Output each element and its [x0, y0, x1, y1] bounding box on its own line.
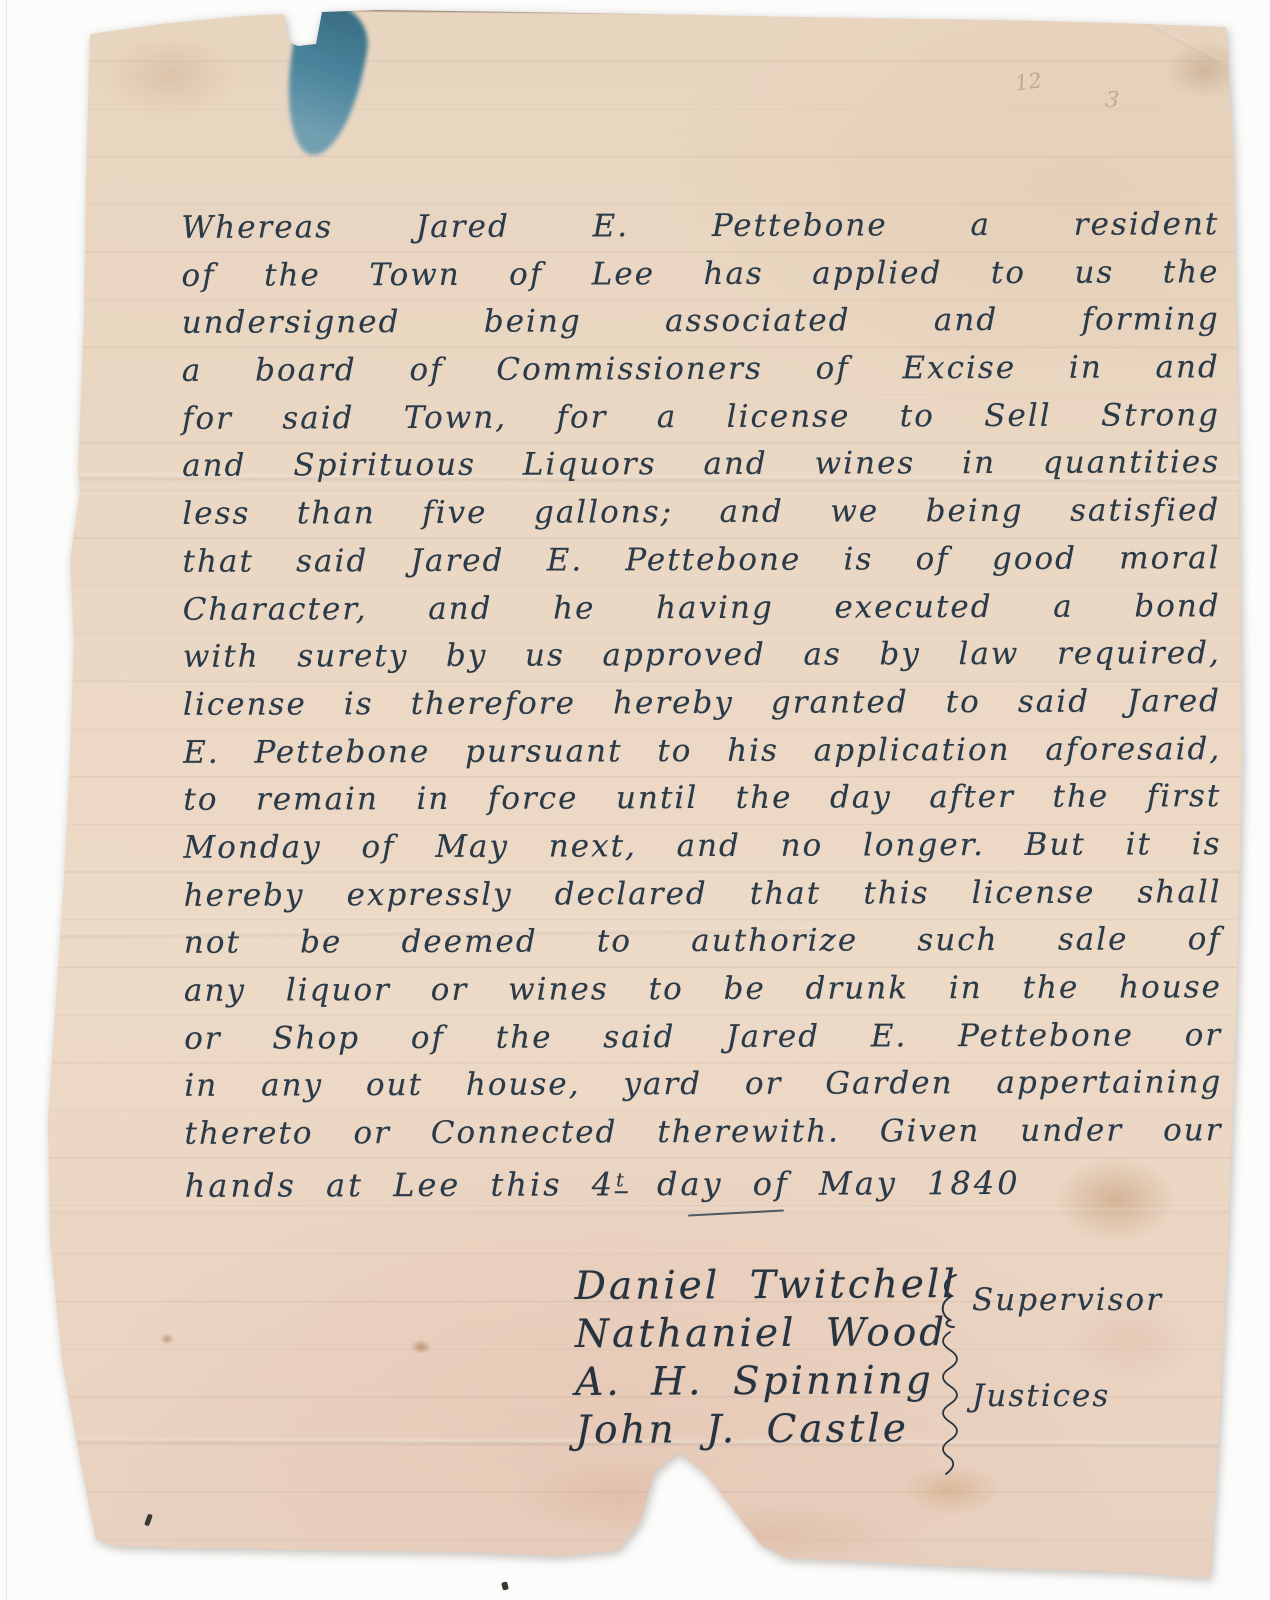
handwritten-line: and Spirituous Liquors and wines in quan… — [182, 440, 1220, 491]
handwritten-line: for said Town, for a license to Sell Str… — [182, 392, 1220, 443]
handwritten-line: not be deemed to authorize such sale of — [184, 916, 1222, 967]
pencil-notation: 12 — [1013, 68, 1043, 95]
fold-crease — [50, 1208, 1230, 1213]
role-label-supervisor: Supervisor — [972, 1282, 1163, 1318]
superscript-t: t — [615, 1169, 628, 1193]
stain — [560, 1490, 980, 1580]
handwritten-line: license is therefore hereby granted to s… — [183, 678, 1221, 729]
signature-john-j-castle: John J. Castle — [575, 1405, 958, 1455]
signature-nathaniel-wood: Nathaniel Wood — [575, 1309, 958, 1359]
handwritten-line: E. Pettebone pursuant to his application… — [183, 726, 1221, 777]
wavy-brace-icon — [934, 1330, 958, 1475]
handwritten-line: any liquor or wines to be drunk in the h… — [184, 964, 1222, 1015]
handwritten-line: to remain in force until the day after t… — [183, 773, 1221, 824]
stain-spot — [408, 1338, 434, 1356]
closing-suffix: day of May 1840 — [628, 1164, 1021, 1203]
handwritten-line: of the Town of Lee has applied to us the — [181, 249, 1219, 300]
handwritten-closing-line: hands at Lee this 4t day of May 1840 — [185, 1155, 1223, 1206]
handwritten-line: less than five gallons; and we being sat… — [182, 487, 1220, 538]
stain — [1150, 30, 1260, 110]
letter-body: Whereas Jared E. Pettebone a resident of… — [181, 201, 1222, 1206]
handwritten-line: that said Jared E. Pettebone is of good … — [182, 535, 1220, 586]
handwritten-line: Whereas Jared E. Pettebone a resident — [181, 201, 1219, 252]
handwritten-line: undersigned being associated and forming — [182, 297, 1220, 348]
handwritten-line: Character, and he having executed a bond — [183, 583, 1221, 634]
handwritten-line: with surety by us approved as by law req… — [183, 630, 1221, 681]
handwritten-line: in any out house, yard or Garden apperta… — [184, 1060, 1222, 1111]
stain — [80, 20, 260, 130]
handwritten-line: or Shop of the said Jared E. Pettebone o… — [184, 1012, 1222, 1063]
signature-daniel-twitchell: Daniel Twitchell — [575, 1261, 958, 1311]
brace-icon — [936, 1272, 962, 1330]
signature-a-h-spinning: A. H. Spinning — [575, 1357, 958, 1407]
role-label-justices: Justices — [972, 1378, 1110, 1414]
letter-paper: 12 3 Whereas Jared E. Pettebone a reside… — [0, 0, 1270, 1600]
stain-spot — [158, 1332, 176, 1346]
signature-block: Daniel Twitchell Nathaniel Wood A. H. Sp… — [575, 1261, 959, 1455]
pencil-notation: 3 — [1104, 88, 1120, 114]
handwritten-line: hereby expressly declared that this lice… — [184, 869, 1222, 920]
handwritten-line: thereto or Connected therewith. Given un… — [184, 1107, 1222, 1158]
handwritten-line: Monday of May next, and no longer. But i… — [183, 821, 1221, 872]
handwritten-line: a board of Commissioners of Excise in an… — [182, 344, 1220, 395]
closing-prefix: hands at Lee this 4 — [185, 1165, 616, 1205]
scanned-document: 12 3 Whereas Jared E. Pettebone a reside… — [0, 0, 1270, 1600]
paper-shadow: 12 3 Whereas Jared E. Pettebone a reside… — [0, 0, 1270, 1600]
